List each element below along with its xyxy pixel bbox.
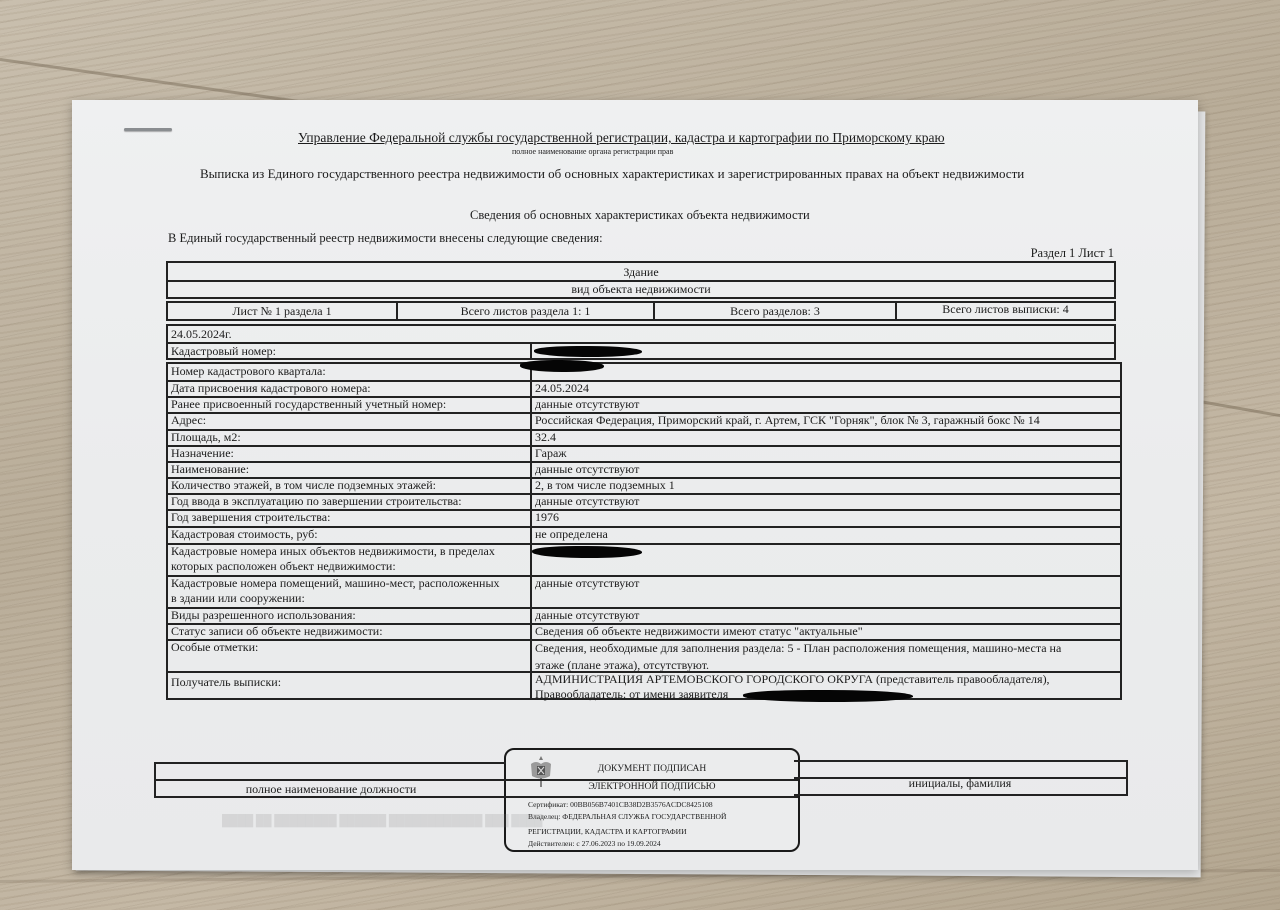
row-label: Кадастровая стоимость, руб: xyxy=(168,527,528,542)
cadastral-number-label: Кадастровый номер: xyxy=(168,344,276,359)
row-label: Виды разрешенного использования: xyxy=(168,608,528,623)
row-value: Гараж xyxy=(532,446,1118,461)
row-label: Кадастровые номера иных объектов недвижи… xyxy=(168,544,528,574)
row-label: Год ввода в эксплуатацию по завершении с… xyxy=(168,494,528,509)
redacted-applicant xyxy=(743,690,913,702)
section-sheets-total: Всего листов раздела 1: 1 xyxy=(398,304,653,319)
name-caption: инициалы, фамилия xyxy=(794,776,1126,791)
extract-date: 24.05.2024г. xyxy=(168,327,232,342)
table-row: Год ввода в эксплуатацию по завершении с… xyxy=(168,494,1120,510)
row-value-line: Сведения, необходимые для заполнения раз… xyxy=(535,641,1118,656)
row-label: Адрес: xyxy=(168,413,528,428)
table-row: Площадь, м2:32.4 xyxy=(168,430,1120,446)
redacted-value xyxy=(532,546,642,558)
floor-seam xyxy=(1200,400,1280,420)
row-label: Номер кадастрового квартала: xyxy=(168,364,528,379)
row-value: данные отсутствуют xyxy=(532,608,1118,623)
table-row: Кадастровая стоимость, руб:не определена xyxy=(168,527,1120,544)
row-label: Площадь, м2: xyxy=(168,430,528,445)
characteristics-table: Номер кадастрового квартала:Дата присвое… xyxy=(166,362,1122,700)
row-value: 1976 xyxy=(532,510,1118,525)
electronic-signature-stamp: ДОКУМЕНТ ПОДПИСАН ЭЛЕКТРОННОЙ ПОДПИСЬЮ С… xyxy=(504,748,800,852)
table-row: Кадастровые номера иных объектов недвижи… xyxy=(168,544,1120,576)
organization-caption: полное наименование органа регистрации п… xyxy=(512,147,673,156)
row-label: Особые отметки: xyxy=(168,640,528,655)
signature-name-box: инициалы, фамилия xyxy=(794,760,1128,796)
stamp-line-2: ЭЛЕКТРОННОЙ ПОДПИСЬЮ xyxy=(506,782,798,792)
sheet-number: Лист № 1 раздела 1 xyxy=(168,304,396,319)
table-row: Год завершения строительства:1976 xyxy=(168,510,1120,527)
staple xyxy=(124,128,172,131)
row-label-line: в здании или сооружении: xyxy=(171,591,528,606)
row-value-line: АДМИНИСТРАЦИЯ АРТЕМОВСКОГО ГОРОДСКОГО ОК… xyxy=(535,672,1118,687)
table-row: Дата присвоения кадастрового номера:24.0… xyxy=(168,381,1120,397)
table-row: Номер кадастрового квартала: xyxy=(168,364,1120,381)
table-row: Виды разрешенного использования:данные о… xyxy=(168,608,1120,624)
object-type-caption: вид объекта недвижимости xyxy=(168,282,1114,297)
object-type-box: Здание вид объекта недвижимости xyxy=(166,261,1116,299)
redacted-value xyxy=(520,360,604,372)
document-title: Выписка из Единого государственного реес… xyxy=(200,166,1024,182)
sections-total: Всего разделов: 3 xyxy=(655,304,895,319)
row-value: АДМИНИСТРАЦИЯ АРТЕМОВСКОГО ГОРОДСКОГО ОК… xyxy=(532,672,1118,702)
row-label: Год завершения строительства: xyxy=(168,510,528,525)
table-row: Кадастровые номера помещений, машино-мес… xyxy=(168,576,1120,608)
row-label: Количество этажей, в том числе подземных… xyxy=(168,478,528,493)
object-type-value: Здание xyxy=(168,265,1114,280)
signature-position-box: полное наименование должности xyxy=(154,762,506,798)
table-row: Назначение:Гараж xyxy=(168,446,1120,462)
row-label: Дата присвоения кадастрового номера: xyxy=(168,381,528,396)
row-value: данные отсутствуют xyxy=(532,576,1118,591)
row-label: Назначение: xyxy=(168,446,528,461)
stamp-certificate: Сертификат: 00BB056B7401CB38D2B3576ACDC8… xyxy=(528,800,713,809)
stamp-owner-line-2: РЕГИСТРАЦИИ, КАДАСТРА И КАРТОГРАФИИ xyxy=(528,827,687,836)
position-caption: полное наименование должности xyxy=(156,782,506,797)
row-label-line: которых расположен объект недвижимости: xyxy=(171,559,528,574)
row-value: Российская Федерация, Приморский край, г… xyxy=(532,413,1118,428)
document-page: Управление Федеральной службы государств… xyxy=(72,100,1198,870)
row-label-line: Кадастровые номера помещений, машино-мес… xyxy=(171,576,528,591)
extract-sheets-total: Всего листов выписки: 4 xyxy=(897,302,1114,317)
table-row: Особые отметки:Сведения, необходимые для… xyxy=(168,640,1120,672)
stamp-owner-line-1: Владелец: ФЕДЕРАЛЬНАЯ СЛУЖБА ГОСУДАРСТВЕ… xyxy=(528,812,726,821)
row-label-line: Кадастровые номера иных объектов недвижи… xyxy=(171,544,528,559)
table-row: Наименование:данные отсутствуют xyxy=(168,462,1120,478)
cadastral-number-redacted xyxy=(534,346,642,357)
section-reference: Раздел 1 Лист 1 xyxy=(1031,246,1114,261)
table-row: Адрес:Российская Федерация, Приморский к… xyxy=(168,413,1120,430)
organization-name: Управление Федеральной службы государств… xyxy=(298,130,945,146)
table-row: Ранее присвоенный государственный учетны… xyxy=(168,397,1120,413)
show-through-text: ████ ██ ████████ ██████ ████████████ ███… xyxy=(222,815,542,827)
row-value: данные отсутствуют xyxy=(532,462,1118,477)
stamp-validity: Действителен: с 27.06.2023 по 19.09.2024 xyxy=(528,839,661,848)
table-row: Получатель выписки:АДМИНИСТРАЦИЯ АРТЕМОВ… xyxy=(168,672,1120,708)
row-label: Получатель выписки: xyxy=(168,675,528,690)
table-row: Статус записи об объекте недвижимости:Св… xyxy=(168,624,1120,640)
row-value: Сведения, необходимые для заполнения раз… xyxy=(532,640,1118,673)
intro-text: В Единый государственный реестр недвижим… xyxy=(168,231,603,246)
section-title: Сведения об основных характеристиках объ… xyxy=(470,208,810,223)
row-value: Сведения об объекте недвижимости имеют с… xyxy=(532,624,1118,639)
row-label: Наименование: xyxy=(168,462,528,477)
row-value: 24.05.2024 xyxy=(532,381,1118,396)
row-label: Кадастровые номера помещений, машино-мес… xyxy=(168,576,528,606)
stamp-line-1: ДОКУМЕНТ ПОДПИСАН xyxy=(506,764,798,774)
row-label: Статус записи об объекте недвижимости: xyxy=(168,624,528,639)
row-label: Ранее присвоенный государственный учетны… xyxy=(168,397,528,412)
row-value: данные отсутствуют xyxy=(532,397,1118,412)
row-value: 2, в том числе подземных 1 xyxy=(532,478,1118,493)
cadastral-box: 24.05.2024г. Кадастровый номер: xyxy=(166,324,1116,360)
sheet-info-box: Лист № 1 раздела 1 Всего листов раздела … xyxy=(166,301,1116,321)
row-value: данные отсутствуют xyxy=(532,494,1118,509)
row-value: не определена xyxy=(532,527,1118,542)
row-value: 32.4 xyxy=(532,430,1118,445)
table-row: Количество этажей, в том числе подземных… xyxy=(168,478,1120,494)
